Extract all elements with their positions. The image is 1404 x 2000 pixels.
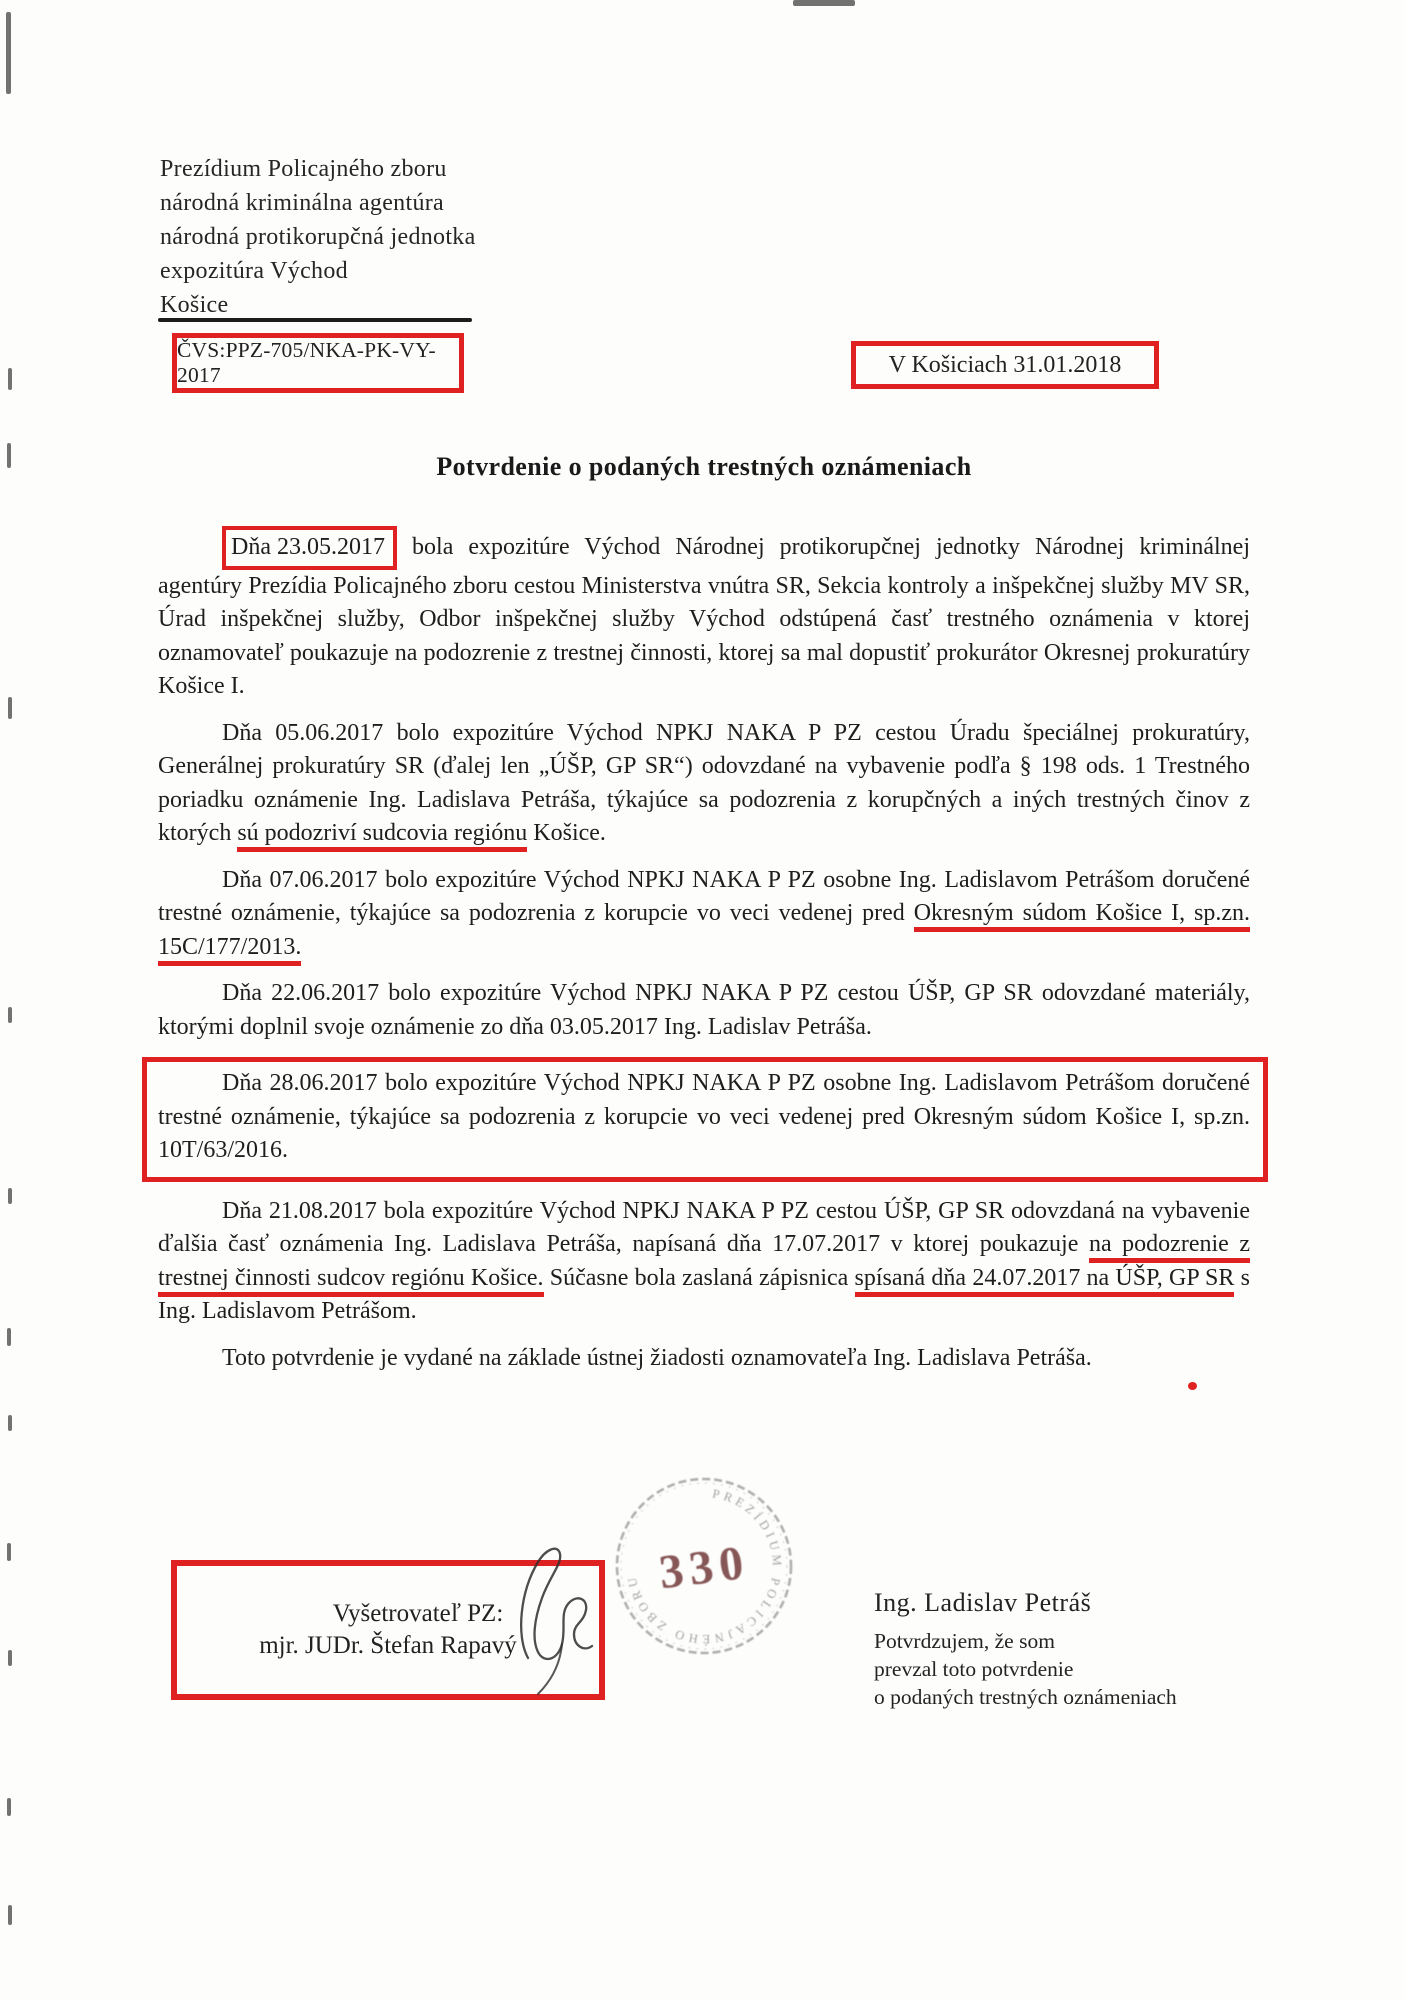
paragraph-text: Dňa 28.06.2017 bolo expozitúre Východ NP… bbox=[158, 1070, 1250, 1163]
scan-artifact bbox=[7, 443, 11, 468]
paragraph-7: Toto potvrdenie je vydané na základe úst… bbox=[158, 1342, 1250, 1376]
scan-artifact bbox=[8, 1905, 12, 1925]
recipient-name: Ing. Ladislav Petráš bbox=[874, 1588, 1177, 1618]
case-number: ČVS:PPZ-705/NKA-PK-VY-2017 bbox=[177, 338, 459, 388]
recipient-line: Potvrdzujem, že som bbox=[874, 1627, 1177, 1655]
letterhead-line: národná protikorupčná jednotka bbox=[160, 220, 476, 254]
letterhead-underline bbox=[158, 318, 472, 322]
recipient-line: prevzal toto potvrdenie bbox=[874, 1655, 1177, 1683]
letterhead: Prezídium Policajného zboru národná krim… bbox=[160, 152, 476, 322]
letterhead-line: Košice bbox=[160, 288, 476, 322]
paragraph-6: Dňa 21.08.2017 bola expozitúre Východ NP… bbox=[158, 1195, 1250, 1329]
place-date: V Košiciach 31.01.2018 bbox=[889, 352, 1122, 379]
red-underlined-text: spísaná dňa 24.07.2017 na ÚŠP, GP SR bbox=[855, 1265, 1235, 1297]
scanned-document-page: { "letterhead": { "lines": [ "Prezídium … bbox=[0, 0, 1404, 2000]
paragraph-2: Dňa 05.06.2017 bolo expozitúre Východ NP… bbox=[158, 717, 1250, 851]
highlighted-paragraph-box: Dňa 28.06.2017 bolo expozitúre Východ NP… bbox=[142, 1057, 1268, 1182]
scan-artifact bbox=[8, 368, 12, 390]
case-number-box: ČVS:PPZ-705/NKA-PK-VY-2017 bbox=[172, 333, 464, 393]
scan-artifact bbox=[8, 1007, 12, 1023]
red-dot-mark bbox=[1188, 1382, 1197, 1390]
scan-artifact bbox=[793, 0, 855, 6]
scan-artifact bbox=[8, 1415, 12, 1431]
place-date-box: V Košiciach 31.01.2018 bbox=[851, 341, 1159, 389]
scan-artifact bbox=[8, 1188, 12, 1204]
paragraph-text: Toto potvrdenie je vydané na základe úst… bbox=[222, 1345, 1092, 1371]
scan-artifact bbox=[6, 12, 11, 94]
scan-artifact bbox=[7, 1328, 11, 1346]
scan-artifact bbox=[8, 697, 12, 719]
date-highlight-box: Dňa 23.05.2017 bbox=[222, 526, 397, 570]
paragraph-text: Košice. bbox=[527, 820, 606, 846]
letterhead-line: národná kriminálna agentúra bbox=[160, 186, 476, 220]
red-underlined-text: sú podozriví sudcovia regiónu bbox=[237, 820, 527, 852]
document-title: Potvrdenie o podaných trestných oznámeni… bbox=[158, 452, 1250, 482]
paragraph-text: Dňa 21.08.2017 bola expozitúre Východ NP… bbox=[158, 1198, 1250, 1258]
scan-artifact bbox=[8, 1650, 12, 1666]
recipient-line: o podaných trestných oznámeniach bbox=[874, 1683, 1177, 1711]
paragraph-text: Dňa 22.06.2017 bolo expozitúre Východ NP… bbox=[158, 980, 1250, 1040]
paragraph-1: Dňa 23.05.2017 bola expozitúre Východ Ná… bbox=[158, 526, 1250, 704]
paragraph-4: Dňa 22.06.2017 bolo expozitúre Východ NP… bbox=[158, 977, 1250, 1044]
handwritten-signature-icon bbox=[498, 1540, 618, 1700]
scan-artifact bbox=[7, 1543, 11, 1561]
recipient-block: Ing. Ladislav Petráš Potvrdzujem, že som… bbox=[874, 1588, 1177, 1711]
stamp-number: 330 bbox=[656, 1536, 752, 1600]
paragraph-5: Dňa 28.06.2017 bolo expozitúre Východ NP… bbox=[158, 1067, 1250, 1168]
scan-artifact bbox=[7, 1798, 11, 1816]
paragraph-3: Dňa 07.06.2017 bolo expozitúre Východ NP… bbox=[158, 864, 1250, 965]
round-stamp-icon: PREZÍDIUM POLICAJNÉHO ZBORU 330 bbox=[608, 1473, 800, 1659]
letterhead-line: Prezídium Policajného zboru bbox=[160, 152, 476, 186]
document-body: Dňa 23.05.2017 bola expozitúre Východ Ná… bbox=[158, 526, 1250, 1388]
letterhead-line: expozitúra Východ bbox=[160, 254, 476, 288]
paragraph-text: Súčasne bola zaslaná zápisnica bbox=[544, 1265, 855, 1291]
